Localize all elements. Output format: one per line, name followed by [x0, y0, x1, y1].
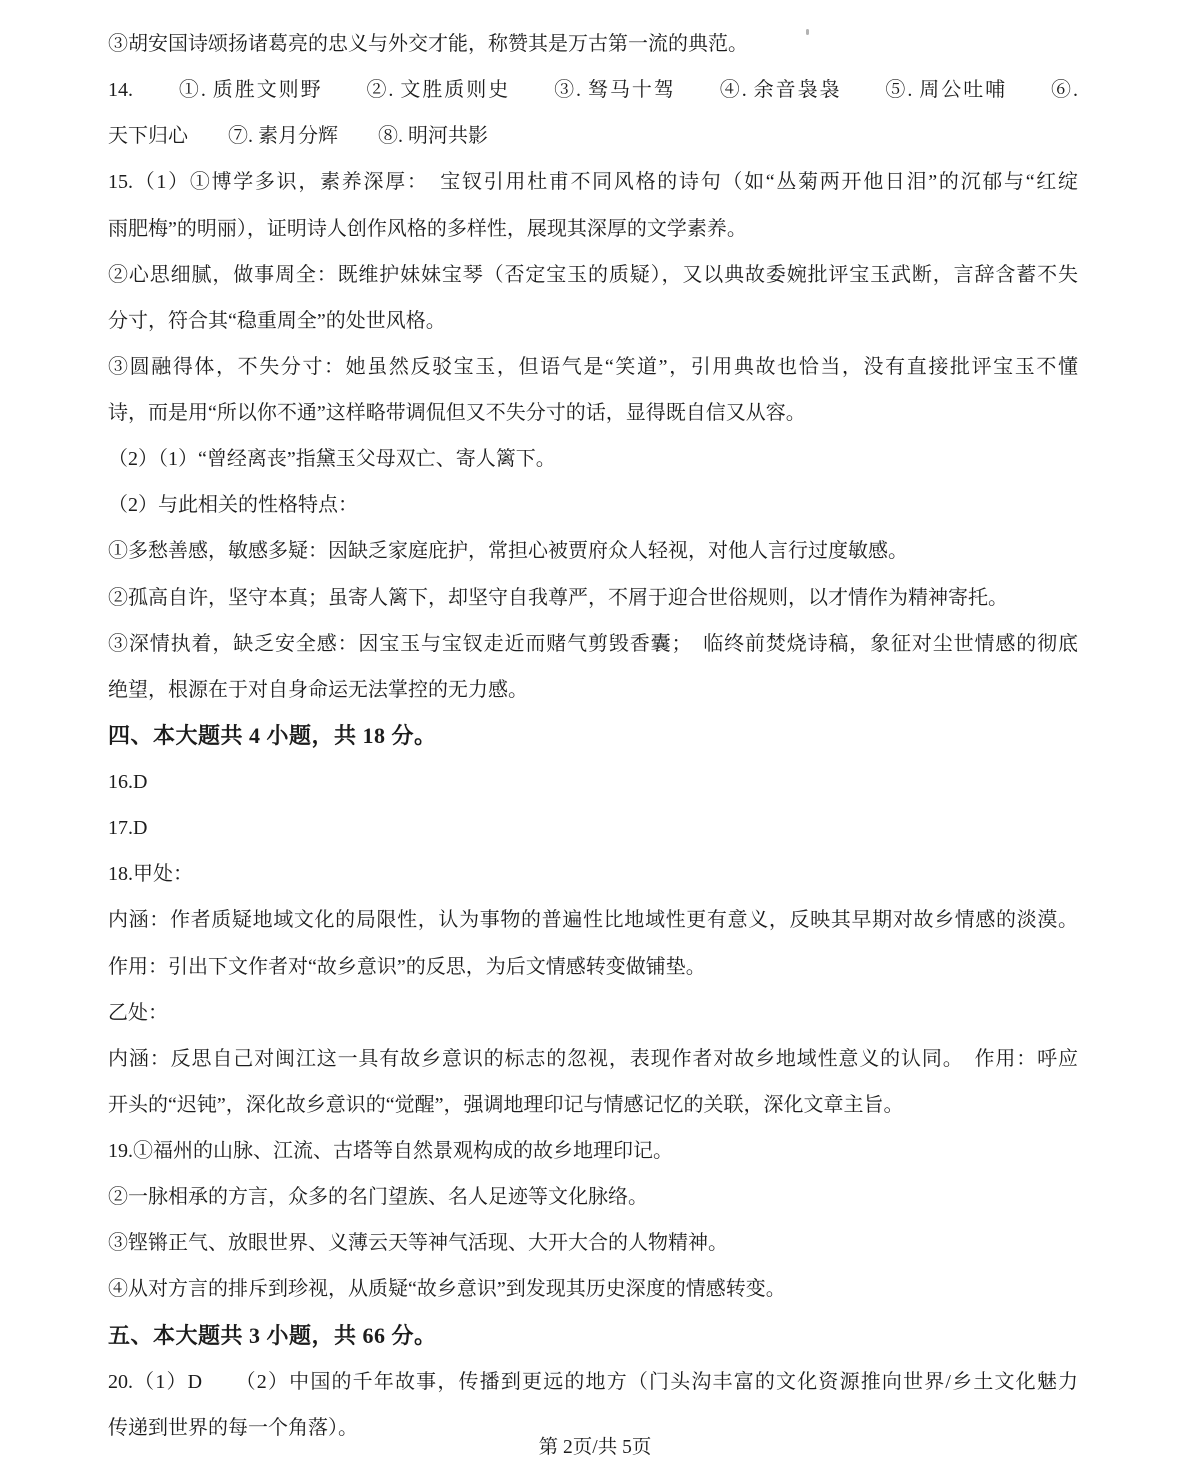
line-answer14-part2: 天下归心 ⑦. 素月分辉 ⑧. 明河共影: [108, 113, 1078, 159]
section4-heading: 四、本大题共 4 小题，共 18 分。: [108, 713, 1078, 759]
document-body: ③胡安国诗颂扬诸葛亮的忠义与外交才能，称赞其是万古第一流的典范。 14. ①. …: [108, 21, 1078, 1451]
line-answer15-2-trait2: ②孤高自许，坚守本真；虽寄人篱下，却坚守自我尊严，不屑于迎合世俗规则，以才情作为…: [108, 575, 1078, 621]
line-answer15-2-part1: （2）（1）“曾经离丧”指黛玉父母双亡、寄人篱下。: [108, 436, 1078, 482]
line-answer15-1-point1-cont: 雨肥梅”的明丽），证明诗人创作风格的多样性，展现其深厚的文学素养。: [108, 206, 1078, 252]
line-answer15-2-trait3: ③深情执着，缺乏安全感：因宝玉与宝钗走近而赌气剪毁香囊； 临终前焚烧诗稿，象征对…: [108, 621, 1078, 667]
line-answer19-point2: ②一脉相承的方言，众多的名门望族、名人足迹等文化脉络。: [108, 1174, 1078, 1220]
line-answer15-2-trait3-cont: 绝望，根源在于对自身命运无法掌控的无力感。: [108, 667, 1078, 713]
line-answer15-1-point2-cont: 分寸，符合其“稳重周全”的处世风格。: [108, 298, 1078, 344]
line-answer18-jia-function: 作用：引出下文作者对“故乡意识”的反思，为后文情感转变做铺垫。: [108, 944, 1078, 990]
line-answer15-1-point2: ②心思细腻，做事周全：既维护妹妹宝琴（否定宝玉的质疑），又以典故委婉批评宝玉武断…: [108, 252, 1078, 298]
answer-sheet-page: ③胡安国诗颂扬诸葛亮的忠义与外交才能，称赞其是万古第一流的典范。 14. ①. …: [0, 0, 1190, 1469]
line-answer15-2-trait1: ①多愁善感，敏感多疑：因缺乏家庭庇护，常担心被贾府众人轻视，对他人言行过度敏感。: [108, 528, 1078, 574]
line-answer18-yi-meaning-cont: 开头的“迟钝”，深化故乡意识的“觉醒”，强调地理印记与情感记忆的关联，深化文章主…: [108, 1082, 1078, 1128]
line-answer17: 17.D: [108, 805, 1078, 851]
line-answer18-yi-label: 乙处：: [108, 990, 1078, 1036]
line-answer19-point4: ④从对方言的排斥到珍视，从质疑“故乡意识”到发现其历史深度的情感转变。: [108, 1266, 1078, 1312]
line-answer19-point1: 19.①福州的山脉、江流、古塔等自然景观构成的故乡地理印记。: [108, 1128, 1078, 1174]
line-answer18-jia-label: 18.甲处：: [108, 851, 1078, 897]
page-footer: 第 2页/共 5页: [0, 1433, 1190, 1463]
line-answer14-part1: 14. ①. 质胜文则野 ②. 文胜质则史 ③. 驽马十驾 ④. 余音袅袅 ⑤.…: [108, 67, 1078, 113]
line-answer15-2-part2: （2）与此相关的性格特点：: [108, 482, 1078, 528]
line-answer18-jia-meaning: 内涵：作者质疑地域文化的局限性，认为事物的普遍性比地域性更有意义，反映其早期对故…: [108, 897, 1078, 943]
line-answer16: 16.D: [108, 759, 1078, 805]
line-answer18-yi-meaning: 内涵：反思自己对闽江这一具有故乡意识的标志的忽视，表现作者对故乡地域性意义的认同…: [108, 1036, 1078, 1082]
line-answer20: 20.（1）D （2）中国的千年故事，传播到更远的地方（门头沟丰富的文化资源推向…: [108, 1359, 1078, 1405]
line-answer13-item3: ③胡安国诗颂扬诸葛亮的忠义与外交才能，称赞其是万古第一流的典范。: [108, 21, 1078, 67]
line-answer15-1-point3: ③圆融得体，不失分寸：她虽然反驳宝玉，但语气是“笑道”，引用典故也恰当，没有直接…: [108, 344, 1078, 390]
line-answer15-1-point1: 15.（1）①博学多识，素养深厚： 宝钗引用杜甫不同风格的诗句（如“丛菊两开他日…: [108, 159, 1078, 205]
line-answer15-1-point3-cont: 诗，而是用“所以你不通”这样略带调侃但又不失分寸的话，显得既自信又从容。: [108, 390, 1078, 436]
section5-heading: 五、本大题共 3 小题，共 66 分。: [108, 1313, 1078, 1359]
line-answer19-point3: ③铿锵正气、放眼世界、义薄云天等神气活现、大开大合的人物精神。: [108, 1220, 1078, 1266]
